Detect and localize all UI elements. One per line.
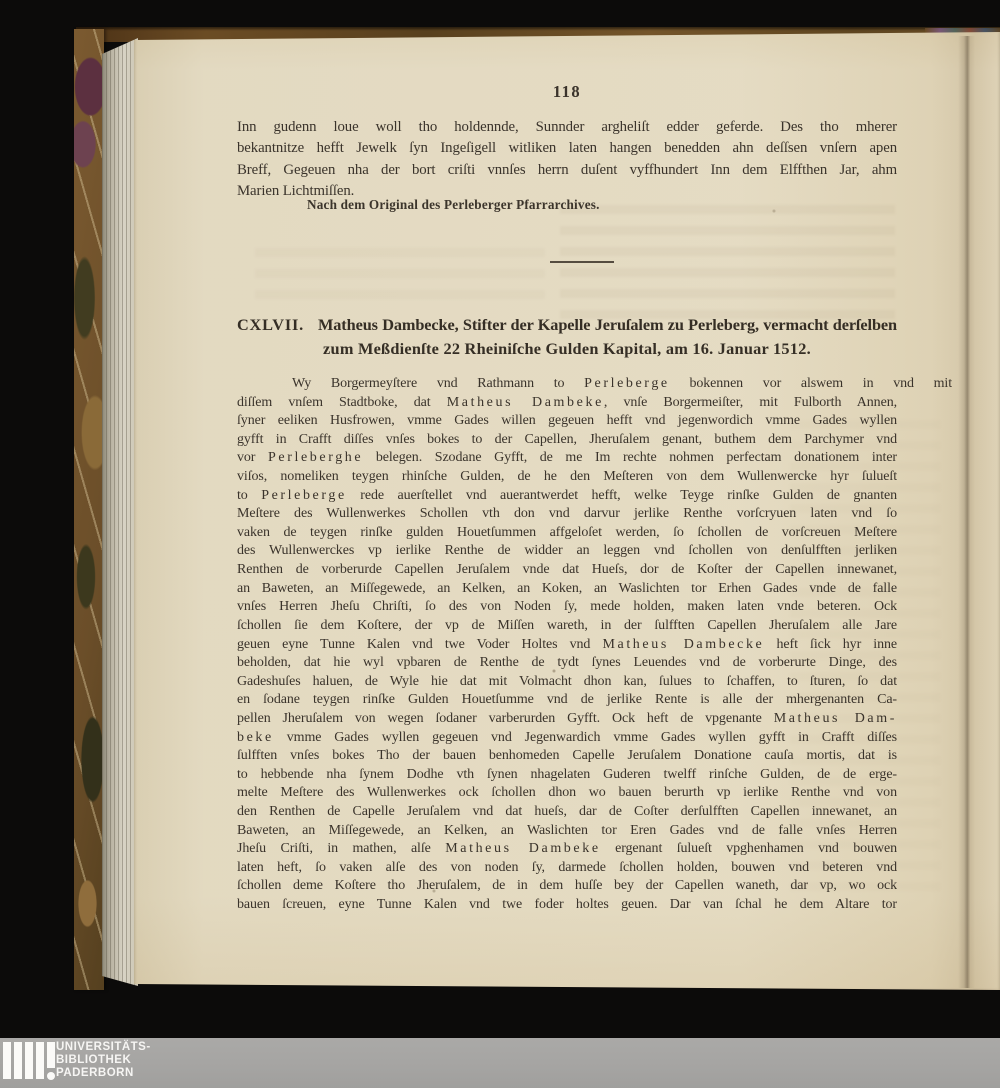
library-footer-band: UNIVERSITÄTS- BIBLIOTHEK PADERBORN	[0, 1038, 1000, 1088]
body-line: gyfft in Crafft diſſes vnſes bokes to de…	[237, 431, 897, 450]
body-line: Jheſu Criſti, in mathen, alſe Matheus Da…	[237, 840, 897, 859]
page-number: 118	[237, 82, 897, 102]
library-name-line3: PADERBORN	[56, 1067, 151, 1080]
body-line: bauen ſcreuen, eyne Tunne Kalen vnd twe …	[237, 896, 897, 915]
intro-line: Breff, Gegeuen nha der bort criſti vnnſe…	[237, 160, 897, 181]
body-line: melte Meſtere des Wullenwerkes ock ſchol…	[237, 784, 897, 803]
body-line: ſchollen deme Koſtere tho Jheruſalem, de…	[237, 877, 897, 896]
body-line: vaken de teygen rinſke gulden Houetſumme…	[237, 524, 897, 543]
body-line: beke vmme Gades wyllen gegeuen vnd Jegen…	[237, 729, 897, 748]
body-line: to Perleberge rede auerſtellet vnd auera…	[237, 487, 897, 506]
section-divider-rule	[550, 261, 614, 263]
body-line: ſulfften vnſes bokes Tho der bauen benho…	[237, 747, 897, 766]
charter-title-line1: Matheus Dambecke, Stifter der Kapelle Je…	[318, 315, 897, 334]
body-line: an Baweten, an Miſſegewede, an Kelken, a…	[237, 580, 897, 599]
source-note: Nach dem Original des Perleberger Pfarra…	[237, 197, 967, 213]
book-cover-marbled-board	[74, 29, 104, 990]
letterspaced-name: beke	[237, 730, 274, 745]
logo-bar-icon	[25, 1042, 33, 1079]
book-scan-scene: 118 Inn gudenn loue woll tho holdennde, …	[0, 0, 1000, 1088]
body-line: beholden, dat hie wyl vpbaren de Renthe …	[237, 654, 897, 673]
library-name-line2: BIBLIOTHEK	[56, 1054, 151, 1067]
letterspaced-name: Matheus Dambeke	[447, 395, 604, 410]
letterspaced-name: Matheus Dam-	[774, 711, 897, 726]
letterspaced-name: Matheus Dambecke	[602, 637, 764, 652]
body-line: des Wullenwerckes vp ierlike Renthe de w…	[237, 542, 897, 561]
charter-numeral: CXLVII.	[237, 315, 318, 334]
body-line: geuen eyne Tunne Kalen vnd twe Voder Hol…	[237, 636, 897, 655]
body-line: Wy Borgermeyſtere vnd Rathmann to Perleb…	[237, 375, 952, 394]
charter-heading: CXLVII.Matheus Dambecke, Stifter der Kap…	[237, 312, 897, 361]
body-line: Renthen de vorberurde Capellen Jeruſalem…	[237, 561, 897, 580]
charter-title-line2: zum Meßdienſte 22 Rheiniſche Gulden Kapi…	[237, 337, 897, 361]
body-line: en ſodane teygen rinſke Gulden Houetſumm…	[237, 691, 897, 710]
logo-bar-icon	[36, 1042, 44, 1079]
letterspaced-name: Perleberge	[261, 488, 347, 503]
library-logo-bars-icon	[3, 1042, 55, 1084]
body-line: pellen Jheruſalem von wegen ſodaner varb…	[237, 710, 897, 729]
charter-body-paragraph: Wy Borgermeyſtere vnd Rathmann to Perleb…	[237, 375, 897, 915]
body-line: diſſem vnſem Stadtboke, dat Matheus Damb…	[237, 394, 897, 413]
body-line: ſyner eeliken Husfrowen, vmme Gades will…	[237, 412, 897, 431]
logo-bar-icon	[14, 1042, 22, 1079]
body-line: to hebbende nha ſynem Dodhe vth ſynen nh…	[237, 766, 897, 785]
charter-heading-line1: CXLVII.Matheus Dambecke, Stifter der Kap…	[237, 312, 897, 337]
body-line: Meſtere des Wullenwerkes Schollen vth do…	[237, 505, 897, 524]
page-gutter-crease	[958, 36, 975, 988]
library-name: UNIVERSITÄTS- BIBLIOTHEK PADERBORN	[56, 1041, 151, 1080]
book-page-stack-edge	[102, 38, 138, 988]
body-line: vor Perleberghe belegen. Szodane Gyfft, …	[237, 449, 897, 468]
letterspaced-name: Perleberge	[584, 376, 670, 391]
logo-exclamation-dot-icon	[47, 1072, 55, 1080]
intro-line: bekantnitze hefft Jewelk ſyn Ingeſigell …	[237, 138, 897, 159]
library-name-line1: UNIVERSITÄTS-	[56, 1041, 151, 1054]
body-line: Gadeshuſes haluen, de Wyle hie dat mit V…	[237, 673, 897, 692]
body-line: Baweten, an Miſſegewede, an Kelken, an W…	[237, 822, 897, 841]
intro-line: Inn gudenn loue woll tho holdennde, Sunn…	[237, 117, 897, 138]
logo-exclamation-bar-icon	[47, 1042, 55, 1068]
intro-paragraph: Inn gudenn loue woll tho holdennde, Sunn…	[237, 117, 897, 203]
body-line: ſchollen ſie dem Koſtere, der vp de Miſſ…	[237, 617, 897, 636]
letterspaced-name: Perleberghe	[268, 450, 363, 465]
body-line: viſos, nomeliken teygen rhinſche Gulden,…	[237, 468, 897, 487]
body-line: vnſes Herren Jheſu Chriſti, ſo des von N…	[237, 598, 897, 617]
letterspaced-name: Matheus Dambeke	[445, 841, 600, 856]
logo-bar-icon	[3, 1042, 11, 1079]
body-line: den Renthen de Capelle Jeruſalem vnd dat…	[237, 803, 897, 822]
body-line: laten heft, ſo vaken alſe des von noden …	[237, 859, 897, 878]
